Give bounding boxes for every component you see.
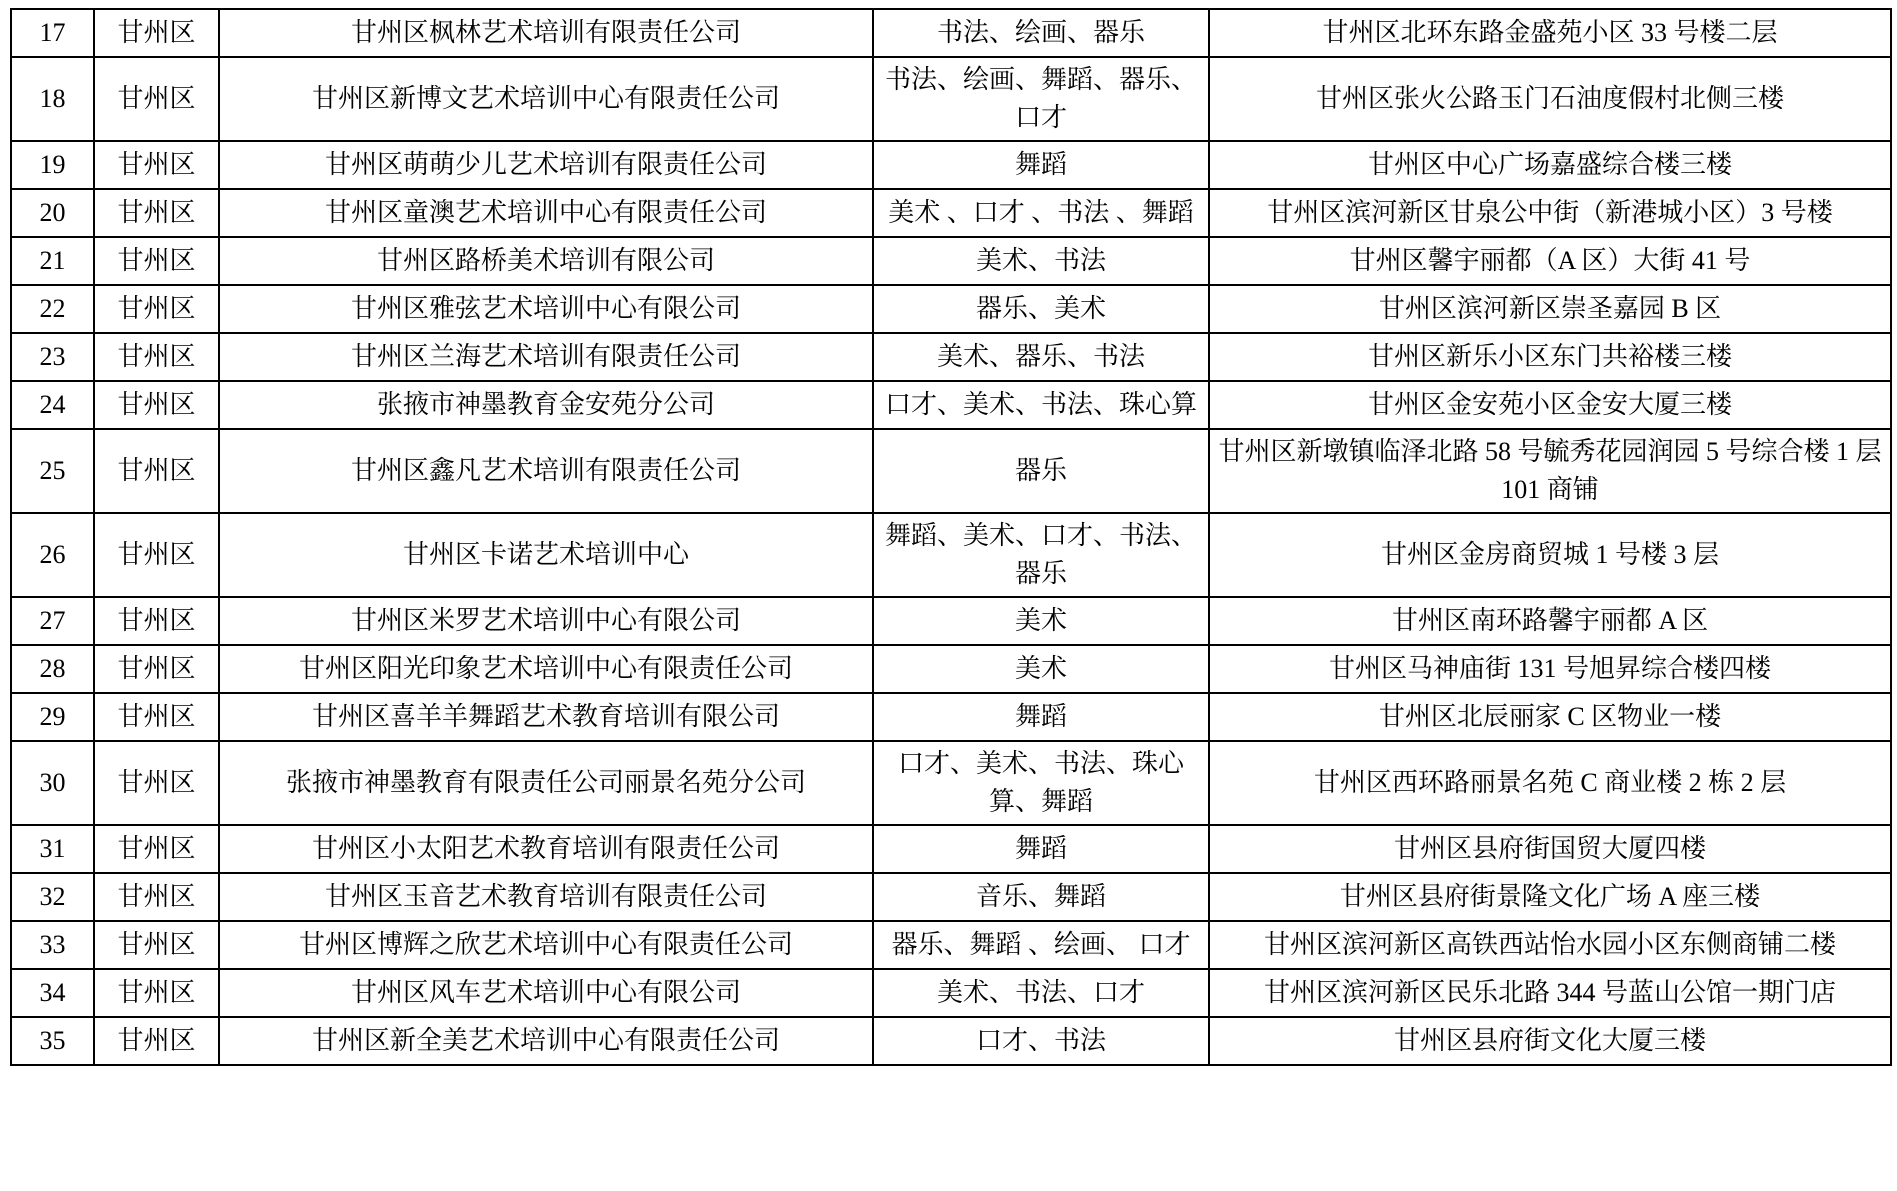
cell-training-categories: 口才、书法: [873, 1017, 1209, 1065]
cell-address: 甘州区张火公路玉门石油度假村北侧三楼: [1209, 57, 1891, 141]
table-row: 34甘州区甘州区风车艺术培训中心有限公司美术、书法、口才甘州区滨河新区民乐北路 …: [11, 969, 1891, 1017]
cell-institution-name: 张掖市神墨教育金安苑分公司: [219, 381, 873, 429]
cell-address: 甘州区中心广场嘉盛综合楼三楼: [1209, 141, 1891, 189]
cell-address: 甘州区县府街国贸大厦四楼: [1209, 825, 1891, 873]
cell-address: 甘州区北辰丽家 C 区物业一楼: [1209, 693, 1891, 741]
cell-district: 甘州区: [94, 285, 219, 333]
cell-institution-name: 甘州区玉音艺术教育培训有限责任公司: [219, 873, 873, 921]
cell-district: 甘州区: [94, 189, 219, 237]
cell-training-categories: 书法、绘画、舞蹈、器乐、口才: [873, 57, 1209, 141]
cell-row-number: 33: [11, 921, 94, 969]
cell-training-categories: 器乐、舞蹈 、绘画、 口才: [873, 921, 1209, 969]
cell-address: 甘州区滨河新区甘泉公中街（新港城小区）3 号楼: [1209, 189, 1891, 237]
cell-training-categories: 舞蹈: [873, 825, 1209, 873]
cell-institution-name: 甘州区新全美艺术培训中心有限责任公司: [219, 1017, 873, 1065]
table-row: 23甘州区甘州区兰海艺术培训有限责任公司美术、器乐、书法甘州区新乐小区东门共裕楼…: [11, 333, 1891, 381]
cell-training-categories: 美术: [873, 645, 1209, 693]
cell-row-number: 23: [11, 333, 94, 381]
table-row: 22甘州区甘州区雅弦艺术培训中心有限公司器乐、美术甘州区滨河新区崇圣嘉园 B 区: [11, 285, 1891, 333]
cell-institution-name: 甘州区萌萌少儿艺术培训有限责任公司: [219, 141, 873, 189]
cell-institution-name: 甘州区鑫凡艺术培训有限责任公司: [219, 429, 873, 513]
cell-row-number: 20: [11, 189, 94, 237]
cell-institution-name: 甘州区风车艺术培训中心有限公司: [219, 969, 873, 1017]
cell-district: 甘州区: [94, 921, 219, 969]
cell-address: 甘州区滨河新区民乐北路 344 号蓝山公馆一期门店: [1209, 969, 1891, 1017]
cell-district: 甘州区: [94, 513, 219, 597]
cell-training-categories: 音乐、舞蹈: [873, 873, 1209, 921]
table-row: 35甘州区甘州区新全美艺术培训中心有限责任公司口才、书法甘州区县府街文化大厦三楼: [11, 1017, 1891, 1065]
cell-address: 甘州区北环东路金盛苑小区 33 号楼二层: [1209, 9, 1891, 57]
table-row: 24甘州区张掖市神墨教育金安苑分公司口才、美术、书法、珠心算甘州区金安苑小区金安…: [11, 381, 1891, 429]
cell-district: 甘州区: [94, 873, 219, 921]
cell-training-categories: 书法、绘画、器乐: [873, 9, 1209, 57]
cell-institution-name: 甘州区小太阳艺术教育培训有限责任公司: [219, 825, 873, 873]
cell-row-number: 21: [11, 237, 94, 285]
cell-address: 甘州区县府街景隆文化广场 A 座三楼: [1209, 873, 1891, 921]
cell-district: 甘州区: [94, 333, 219, 381]
cell-institution-name: 张掖市神墨教育有限责任公司丽景名苑分公司: [219, 741, 873, 825]
cell-address: 甘州区馨宇丽都（A 区）大街 41 号: [1209, 237, 1891, 285]
cell-training-categories: 美术: [873, 597, 1209, 645]
cell-row-number: 25: [11, 429, 94, 513]
cell-row-number: 34: [11, 969, 94, 1017]
cell-row-number: 27: [11, 597, 94, 645]
cell-training-categories: 舞蹈: [873, 693, 1209, 741]
cell-training-categories: 美术、器乐、书法: [873, 333, 1209, 381]
cell-training-categories: 舞蹈: [873, 141, 1209, 189]
cell-institution-name: 甘州区童澳艺术培训中心有限责任公司: [219, 189, 873, 237]
cell-row-number: 32: [11, 873, 94, 921]
cell-district: 甘州区: [94, 57, 219, 141]
cell-district: 甘州区: [94, 645, 219, 693]
cell-district: 甘州区: [94, 597, 219, 645]
cell-institution-name: 甘州区博辉之欣艺术培训中心有限责任公司: [219, 921, 873, 969]
cell-district: 甘州区: [94, 381, 219, 429]
table-row: 32甘州区甘州区玉音艺术教育培训有限责任公司音乐、舞蹈甘州区县府街景隆文化广场 …: [11, 873, 1891, 921]
table-row: 28甘州区甘州区阳光印象艺术培训中心有限责任公司美术甘州区马神庙街 131 号旭…: [11, 645, 1891, 693]
cell-district: 甘州区: [94, 237, 219, 285]
cell-address: 甘州区金安苑小区金安大厦三楼: [1209, 381, 1891, 429]
cell-training-categories: 口才、美术、书法、珠心算、舞蹈: [873, 741, 1209, 825]
cell-institution-name: 甘州区米罗艺术培训中心有限公司: [219, 597, 873, 645]
cell-training-categories: 器乐、美术: [873, 285, 1209, 333]
cell-institution-name: 甘州区卡诺艺术培训中心: [219, 513, 873, 597]
cell-institution-name: 甘州区阳光印象艺术培训中心有限责任公司: [219, 645, 873, 693]
cell-district: 甘州区: [94, 969, 219, 1017]
table-body: 17甘州区甘州区枫林艺术培训有限责任公司书法、绘画、器乐甘州区北环东路金盛苑小区…: [11, 9, 1891, 1065]
cell-district: 甘州区: [94, 741, 219, 825]
cell-institution-name: 甘州区新博文艺术培训中心有限责任公司: [219, 57, 873, 141]
cell-address: 甘州区新墩镇临泽北路 58 号毓秀花园润园 5 号综合楼 1 层 101 商铺: [1209, 429, 1891, 513]
cell-row-number: 35: [11, 1017, 94, 1065]
cell-institution-name: 甘州区喜羊羊舞蹈艺术教育培训有限公司: [219, 693, 873, 741]
cell-row-number: 28: [11, 645, 94, 693]
cell-address: 甘州区新乐小区东门共裕楼三楼: [1209, 333, 1891, 381]
table-row: 19甘州区甘州区萌萌少儿艺术培训有限责任公司舞蹈甘州区中心广场嘉盛综合楼三楼: [11, 141, 1891, 189]
cell-district: 甘州区: [94, 141, 219, 189]
cell-institution-name: 甘州区兰海艺术培训有限责任公司: [219, 333, 873, 381]
cell-row-number: 22: [11, 285, 94, 333]
table-row: 20甘州区甘州区童澳艺术培训中心有限责任公司美术 、口才 、书法 、舞蹈甘州区滨…: [11, 189, 1891, 237]
cell-address: 甘州区西环路丽景名苑 C 商业楼 2 栋 2 层: [1209, 741, 1891, 825]
cell-row-number: 26: [11, 513, 94, 597]
training-institutions-table: 17甘州区甘州区枫林艺术培训有限责任公司书法、绘画、器乐甘州区北环东路金盛苑小区…: [10, 8, 1892, 1066]
cell-district: 甘州区: [94, 825, 219, 873]
table-row: 31甘州区甘州区小太阳艺术教育培训有限责任公司舞蹈甘州区县府街国贸大厦四楼: [11, 825, 1891, 873]
cell-row-number: 18: [11, 57, 94, 141]
table-row: 18甘州区甘州区新博文艺术培训中心有限责任公司书法、绘画、舞蹈、器乐、口才甘州区…: [11, 57, 1891, 141]
table-row: 30甘州区张掖市神墨教育有限责任公司丽景名苑分公司口才、美术、书法、珠心算、舞蹈…: [11, 741, 1891, 825]
cell-row-number: 24: [11, 381, 94, 429]
table-row: 25甘州区甘州区鑫凡艺术培训有限责任公司器乐甘州区新墩镇临泽北路 58 号毓秀花…: [11, 429, 1891, 513]
cell-district: 甘州区: [94, 1017, 219, 1065]
cell-address: 甘州区金房商贸城 1 号楼 3 层: [1209, 513, 1891, 597]
cell-address: 甘州区滨河新区崇圣嘉园 B 区: [1209, 285, 1891, 333]
cell-address: 甘州区南环路馨宇丽都 A 区: [1209, 597, 1891, 645]
cell-institution-name: 甘州区雅弦艺术培训中心有限公司: [219, 285, 873, 333]
document-page: 17甘州区甘州区枫林艺术培训有限责任公司书法、绘画、器乐甘州区北环东路金盛苑小区…: [0, 0, 1897, 1191]
table-row: 29甘州区甘州区喜羊羊舞蹈艺术教育培训有限公司舞蹈甘州区北辰丽家 C 区物业一楼: [11, 693, 1891, 741]
cell-institution-name: 甘州区枫林艺术培训有限责任公司: [219, 9, 873, 57]
cell-training-categories: 美术、书法、口才: [873, 969, 1209, 1017]
cell-district: 甘州区: [94, 693, 219, 741]
cell-row-number: 29: [11, 693, 94, 741]
cell-row-number: 31: [11, 825, 94, 873]
cell-address: 甘州区滨河新区高铁西站怡水园小区东侧商铺二楼: [1209, 921, 1891, 969]
cell-address: 甘州区县府街文化大厦三楼: [1209, 1017, 1891, 1065]
table-row: 21甘州区甘州区路桥美术培训有限公司美术、书法甘州区馨宇丽都（A 区）大街 41…: [11, 237, 1891, 285]
cell-row-number: 17: [11, 9, 94, 57]
table-row: 17甘州区甘州区枫林艺术培训有限责任公司书法、绘画、器乐甘州区北环东路金盛苑小区…: [11, 9, 1891, 57]
cell-institution-name: 甘州区路桥美术培训有限公司: [219, 237, 873, 285]
cell-district: 甘州区: [94, 429, 219, 513]
table-row: 33甘州区甘州区博辉之欣艺术培训中心有限责任公司器乐、舞蹈 、绘画、 口才甘州区…: [11, 921, 1891, 969]
cell-address: 甘州区马神庙街 131 号旭昇综合楼四楼: [1209, 645, 1891, 693]
cell-training-categories: 口才、美术、书法、珠心算: [873, 381, 1209, 429]
table-row: 26甘州区甘州区卡诺艺术培训中心舞蹈、美术、口才、书法、器乐甘州区金房商贸城 1…: [11, 513, 1891, 597]
cell-row-number: 30: [11, 741, 94, 825]
cell-training-categories: 美术、书法: [873, 237, 1209, 285]
cell-training-categories: 舞蹈、美术、口才、书法、器乐: [873, 513, 1209, 597]
cell-training-categories: 器乐: [873, 429, 1209, 513]
table-row: 27甘州区甘州区米罗艺术培训中心有限公司美术甘州区南环路馨宇丽都 A 区: [11, 597, 1891, 645]
cell-district: 甘州区: [94, 9, 219, 57]
cell-row-number: 19: [11, 141, 94, 189]
cell-training-categories: 美术 、口才 、书法 、舞蹈: [873, 189, 1209, 237]
